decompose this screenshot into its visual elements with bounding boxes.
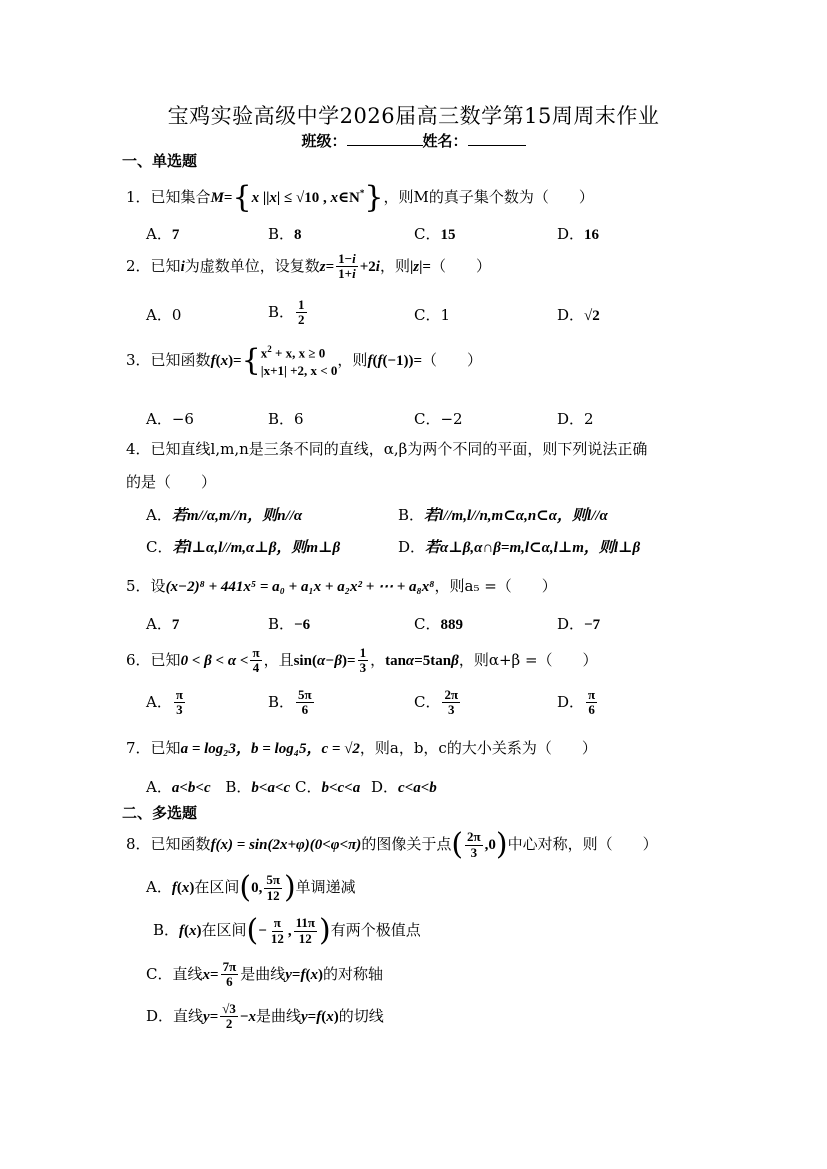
stem-text: 已知集合 — [151, 188, 211, 206]
class-blank-field[interactable] — [347, 133, 423, 146]
equation: f(x) = sin(2x+φ)(0<φ<π) — [211, 837, 362, 853]
question-7-option-a[interactable]: A．a<b<c — [146, 778, 211, 796]
question-2-option-a[interactable]: A．0 — [146, 304, 181, 325]
question-number: 3． — [126, 351, 151, 369]
question-5-option-a[interactable]: A．7 — [146, 613, 179, 634]
question-4-option-c[interactable]: C．若l⊥α,l//m,α⊥β，则m⊥β — [146, 536, 340, 557]
question-number: 2． — [126, 257, 151, 275]
question-3-option-b[interactable]: B．6 — [268, 408, 304, 429]
question-6-option-c[interactable]: C．2π3 — [414, 688, 462, 718]
question-2-option-b[interactable]: B．12 — [268, 298, 309, 328]
question-number: 8． — [126, 835, 151, 853]
class-label: 班级： — [301, 132, 346, 150]
question-3-stem: 3．已知函数f(x)={x2 + x, x ≥ 0|x+1| +2, x < 0… — [126, 343, 482, 379]
question-5-option-b[interactable]: B．−6 — [268, 613, 310, 634]
name-label: 姓名： — [423, 132, 468, 150]
question-1-option-c[interactable]: C．15 — [414, 223, 455, 244]
question-5-option-c[interactable]: C．889 — [414, 613, 463, 634]
equation: (x−2)⁸ + 441x⁵ = a₀ + a₁x + a₂x² + ⋯ + a… — [166, 579, 435, 595]
question-7-stem: 7．已知a = log₂3，b = log₄5，c = √2，则a，b，c的大小… — [126, 737, 597, 758]
question-8-option-c[interactable]: C．直线x=7π6是曲线y=f(x)的对称轴 — [146, 960, 383, 990]
section-single-choice: 一、单选题 — [122, 150, 197, 171]
question-4-stem-continued: 的是（ ） — [126, 471, 216, 492]
page-title: 宝鸡实验高级中学2026届高三数学第15周周末作业 — [0, 100, 827, 130]
question-3-option-c[interactable]: C．−2 — [414, 408, 463, 429]
question-7-options-row: A．a<b<c B．b<a<c C．b<c<a D．c<a<b — [146, 776, 437, 797]
question-3-option-a[interactable]: A．−6 — [146, 408, 194, 429]
question-6-option-d[interactable]: D．π6 — [557, 688, 599, 718]
question-2-stem: 2．已知i为虚数单位，设复数z=1−i1+i+2i，则|z|=（ ） — [126, 252, 491, 282]
section-multiple-choice: 二、多选题 — [122, 802, 197, 823]
question-1-option-b[interactable]: B．8 — [268, 223, 302, 244]
question-2-option-d[interactable]: D．√2 — [557, 304, 600, 325]
question-number: 7． — [126, 739, 151, 757]
question-5-option-d[interactable]: D．−7 — [557, 613, 600, 634]
student-info-line: 班级：姓名： — [0, 130, 827, 151]
question-4-option-b[interactable]: B．若l//m,l//n,m⊂α,n⊂α，则l//α — [398, 504, 608, 525]
question-1-option-d[interactable]: D．16 — [557, 223, 599, 244]
question-number: 1． — [126, 188, 151, 206]
question-number: 6． — [126, 651, 151, 669]
question-8-option-d[interactable]: D．直线y=√32−x是曲线y=f(x)的切线 — [146, 1002, 384, 1032]
question-4-stem: 4．已知直线l,m,n是三条不同的直线，α,β为两个不同的平面，则下列说法正确 — [126, 438, 647, 459]
question-3-option-d[interactable]: D．2 — [557, 408, 594, 429]
question-1-stem: 1．已知集合M={x ||x| ≤ √10 , x∈N*}，则M的真子集个数为（… — [126, 183, 594, 213]
question-7-option-c[interactable]: C．b<c<a — [295, 778, 360, 796]
question-2-option-c[interactable]: C．1 — [414, 304, 450, 325]
question-5-stem: 5．设(x−2)⁸ + 441x⁵ = a₀ + a₁x + a₂x² + ⋯ … — [126, 575, 557, 596]
question-4-option-a[interactable]: A．若m//α,m//n，则n//α — [146, 504, 302, 525]
question-8-option-b[interactable]: B．f(x)在区间(−π12,11π12)有两个极值点 — [153, 916, 421, 946]
equation: a = log₂3，b = log₄5，c = √2 — [181, 741, 360, 757]
stem-text: ，则M的真子集个数为（ ） — [383, 188, 593, 206]
question-number: 5． — [126, 577, 151, 595]
question-8-stem: 8．已知函数f(x) = sin(2x+φ)(0<φ<π)的图像关于点(2π3,… — [126, 830, 658, 860]
name-blank-field[interactable] — [468, 133, 526, 146]
question-4-option-d[interactable]: D．若α⊥β,α∩β=m,l⊂α,l⊥m，则l⊥β — [398, 536, 640, 557]
question-1-option-a[interactable]: A．7 — [146, 223, 179, 244]
question-6-option-a[interactable]: A．π3 — [146, 688, 187, 718]
question-6-option-b[interactable]: B．5π6 — [268, 688, 316, 718]
question-6-stem: 6．已知0 < β < α <π4，且sin(α−β)=13，tanα=5tan… — [126, 646, 598, 676]
question-7-option-d[interactable]: D．c<a<b — [371, 778, 437, 796]
question-7-option-b[interactable]: B．b<a<c — [225, 778, 290, 796]
question-number: 4． — [126, 440, 151, 458]
question-8-option-a[interactable]: A．f(x)在区间(0,5π12)单调递减 — [146, 873, 356, 903]
